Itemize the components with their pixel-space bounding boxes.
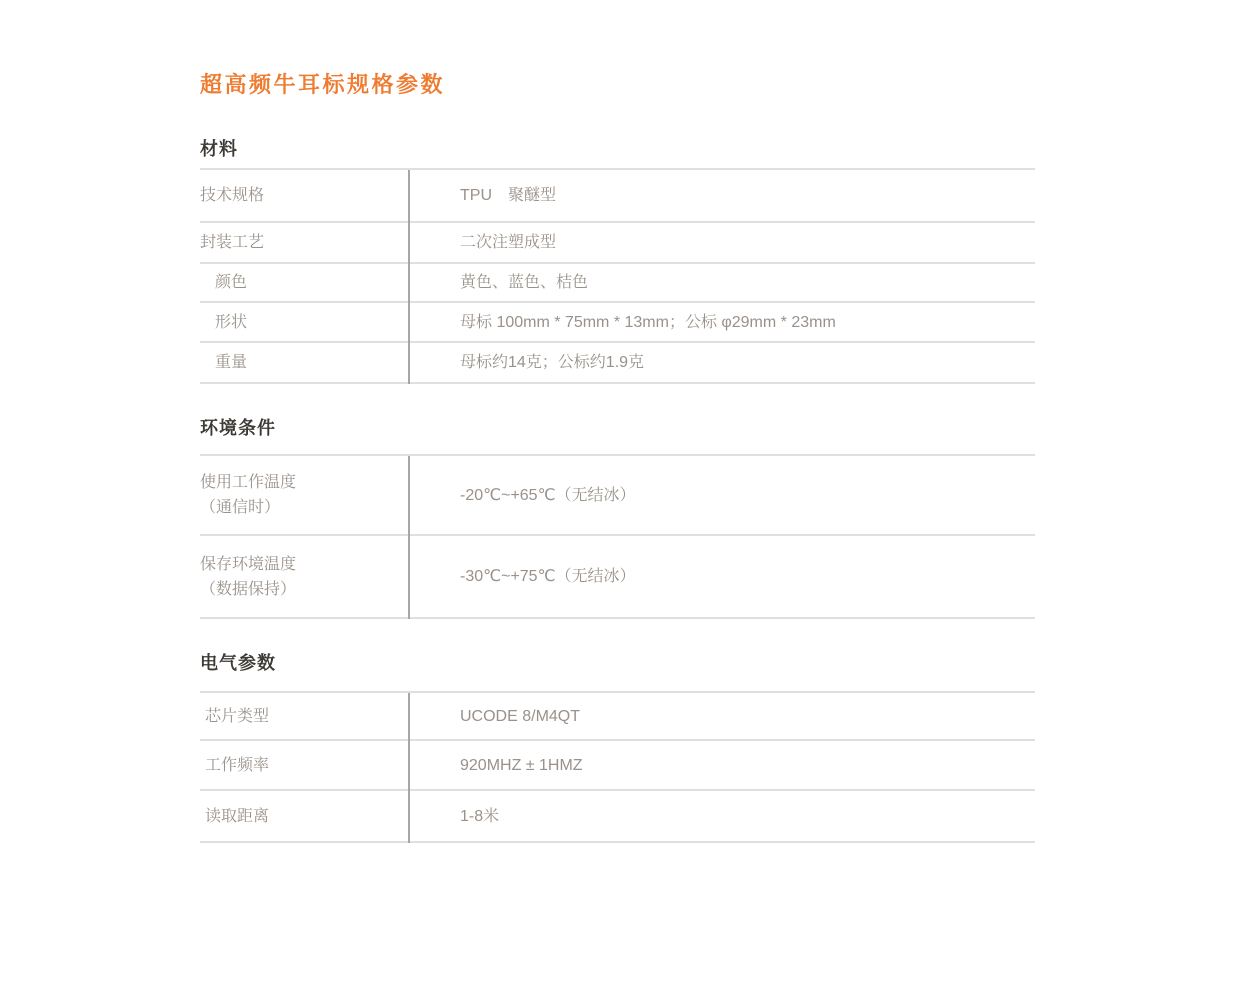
row-label-line1: 保存环境温度 <box>200 552 408 577</box>
page-title: 超高频牛耳标规格参数 <box>200 73 1035 97</box>
row-label: 芯片类型 <box>200 693 408 739</box>
row-label: 封装工艺 <box>200 223 408 262</box>
row-label: 工作频率 <box>200 741 408 789</box>
row-value: 二次注塑成型 <box>408 223 1035 262</box>
table-row: 保存环境温度 （数据保持） -30℃~+75℃（无结冰） <box>200 536 1035 619</box>
row-value: 920MHZ ± 1HMZ <box>408 741 1035 789</box>
row-label: 形状 <box>200 303 408 341</box>
column-divider <box>408 693 410 843</box>
row-label-line2: （通信时） <box>200 495 408 520</box>
column-divider <box>408 456 410 619</box>
spec-page: 超高频牛耳标规格参数 材料 技术规格 TPU 聚醚型 封装工艺 二次注塑成型 颜… <box>200 0 1035 843</box>
row-label: 使用工作温度 （通信时） <box>200 456 408 534</box>
section-heading-materials: 材料 <box>200 139 1035 159</box>
spec-table-environment: 使用工作温度 （通信时） -20℃~+65℃（无结冰） 保存环境温度 （数据保持… <box>200 454 1035 619</box>
row-label-line1: 使用工作温度 <box>200 470 408 495</box>
table-row: 颜色 黄色、蓝色、桔色 <box>200 264 1035 303</box>
row-value: 母标约14克；公标约1.9克 <box>408 343 1035 382</box>
table-row: 重量 母标约14克；公标约1.9克 <box>200 343 1035 384</box>
table-row: 芯片类型 UCODE 8/M4QT <box>200 693 1035 741</box>
section-heading-environment: 环境条件 <box>200 418 1035 438</box>
row-value: UCODE 8/M4QT <box>408 693 1035 739</box>
row-label: 重量 <box>200 343 408 382</box>
table-row: 使用工作温度 （通信时） -20℃~+65℃（无结冰） <box>200 456 1035 536</box>
row-label: 技术规格 <box>200 170 408 221</box>
row-label-line2: （数据保持） <box>200 577 408 602</box>
row-label: 读取距离 <box>200 791 408 841</box>
table-row: 封装工艺 二次注塑成型 <box>200 223 1035 264</box>
spec-table-electrical: 芯片类型 UCODE 8/M4QT 工作频率 920MHZ ± 1HMZ 读取距… <box>200 691 1035 843</box>
row-value: TPU 聚醚型 <box>408 170 1035 221</box>
row-value: 母标 100mm * 75mm * 13mm；公标 φ29mm * 23mm <box>408 303 1035 341</box>
row-value: 黄色、蓝色、桔色 <box>408 264 1035 301</box>
row-value: 1-8米 <box>408 791 1035 841</box>
table-row: 技术规格 TPU 聚醚型 <box>200 170 1035 223</box>
row-value: -30℃~+75℃（无结冰） <box>408 536 1035 617</box>
spec-table-materials: 技术规格 TPU 聚醚型 封装工艺 二次注塑成型 颜色 黄色、蓝色、桔色 形状 … <box>200 168 1035 384</box>
row-label: 保存环境温度 （数据保持） <box>200 536 408 617</box>
table-row: 读取距离 1-8米 <box>200 791 1035 843</box>
section-heading-electrical: 电气参数 <box>200 653 1035 673</box>
column-divider <box>408 170 410 384</box>
table-row: 工作频率 920MHZ ± 1HMZ <box>200 741 1035 791</box>
table-row: 形状 母标 100mm * 75mm * 13mm；公标 φ29mm * 23m… <box>200 303 1035 343</box>
row-label: 颜色 <box>200 264 408 301</box>
row-value: -20℃~+65℃（无结冰） <box>408 456 1035 534</box>
